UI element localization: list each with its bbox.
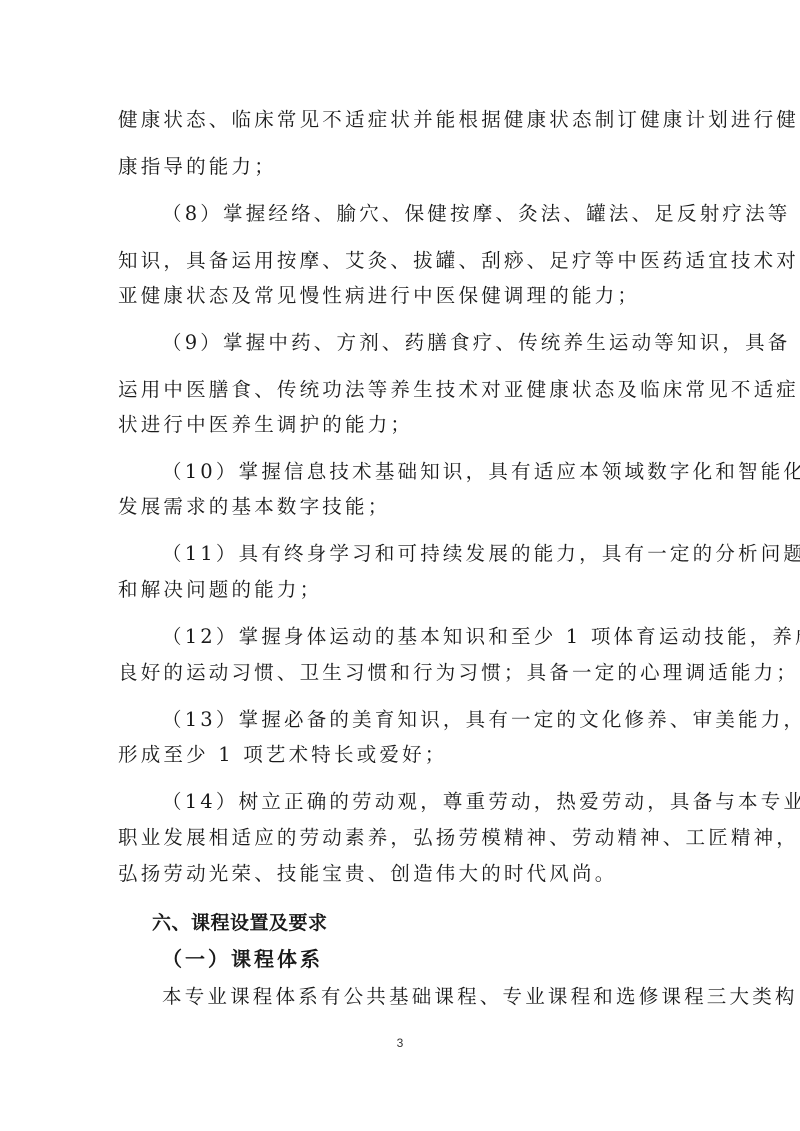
paragraph-line: 康指导的能力； bbox=[118, 155, 688, 179]
paragraph-line: （11）具有终身学习和可持续发展的能力，具有一定的分析问题 bbox=[162, 542, 688, 566]
paragraph-line: 本专业课程体系有公共基础课程、专业课程和选修课程三大类构 bbox=[162, 985, 688, 1009]
paragraph-line: 发展需求的基本数字技能； bbox=[118, 495, 688, 519]
paragraph-line: （14）树立正确的劳动观，尊重劳动，热爱劳动，具备与本专业 bbox=[162, 790, 688, 814]
paragraph-line: 职业发展相适应的劳动素养，弘扬劳模精神、劳动精神、工匠精神， bbox=[118, 826, 688, 850]
paragraph-line: 知识，具备运用按摩、艾灸、拔罐、刮痧、足疗等中医药适宜技术对 bbox=[118, 249, 688, 273]
paragraph-line: 健康状态、临床常见不适症状并能根据健康状态制订健康计划进行健 bbox=[118, 108, 688, 132]
paragraph-line: 弘扬劳动光荣、技能宝贵、创造伟大的时代风尚。 bbox=[118, 862, 688, 886]
paragraph-line: （12）掌握身体运动的基本知识和至少 1 项体育运动技能，养成 bbox=[162, 625, 688, 649]
paragraph-line: 运用中医膳食、传统功法等养生技术对亚健康状态及临床常见不适症 bbox=[118, 378, 688, 402]
paragraph-line: 亚健康状态及常见慢性病进行中医保健调理的能力； bbox=[118, 284, 688, 308]
paragraph-line: 形成至少 1 项艺术特长或爱好； bbox=[118, 743, 688, 767]
paragraph-line: 良好的运动习惯、卫生习惯和行为习惯；具备一定的心理调适能力； bbox=[118, 661, 688, 685]
paragraph-line: （8）掌握经络、腧穴、保健按摩、灸法、罐法、足反射疗法等 bbox=[162, 202, 688, 226]
paragraph-line: （13）掌握必备的美育知识，具有一定的文化修养、审美能力， bbox=[162, 708, 688, 732]
paragraph-line: 和解决问题的能力； bbox=[118, 578, 688, 602]
paragraph-line: （9）掌握中药、方剂、药膳食疗、传统养生运动等知识，具备 bbox=[162, 331, 688, 355]
paragraph-line: 状进行中医养生调护的能力； bbox=[118, 413, 688, 437]
section-heading: 六、课程设置及要求 bbox=[152, 908, 328, 935]
subsection-heading: （一）课程体系 bbox=[162, 943, 323, 972]
page-number: 3 bbox=[0, 1036, 800, 1050]
document-page: 健康状态、临床常见不适症状并能根据健康状态制订健康计划进行健康指导的能力；（8）… bbox=[0, 0, 800, 1131]
paragraph-line: （10）掌握信息技术基础知识，具有适应本领域数字化和智能化 bbox=[162, 460, 688, 484]
